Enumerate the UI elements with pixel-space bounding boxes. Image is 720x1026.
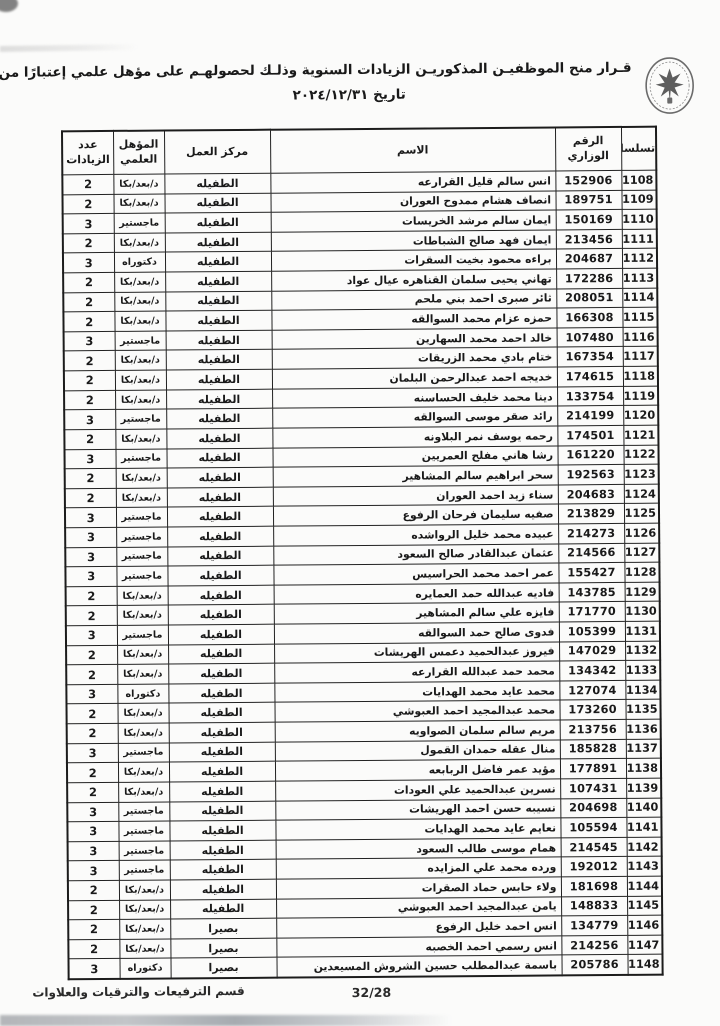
cell-qualification: ماجستير [118, 821, 169, 841]
cell-increases: 2 [63, 233, 114, 253]
cell-name: صفيه سليمان فرحان الرفوع [273, 504, 558, 526]
cell-name: نسرين عبدالحميد علي العودات [275, 779, 560, 801]
footer-department: قسم الترفيعات والترقيات والعلاوات [40, 984, 245, 1000]
cell-ministry-number: 152906 [555, 170, 621, 190]
cell-qualification: د/بعد/بكا [117, 645, 168, 665]
cell-ministry-number: 181698 [561, 876, 627, 896]
cell-serial: 1134 [625, 680, 660, 700]
cell-ministry-number: 204683 [558, 484, 624, 504]
cell-name: محمد حمد عبدالله القرارعه [274, 661, 559, 683]
cell-qualification: د/بعد/بكا [116, 468, 167, 488]
cell-ministry-number: 148833 [561, 896, 627, 916]
cell-increases: 3 [63, 253, 114, 273]
cell-qualification: ماجستير [115, 409, 166, 429]
header-increases-count: عدد الزيادات [62, 131, 113, 175]
cell-ministry-number: 205786 [561, 955, 627, 976]
cell-serial: 1137 [626, 739, 661, 759]
cell-qualification: ماجستير [119, 841, 170, 861]
cell-ministry-number: 107480 [557, 327, 623, 347]
cell-ministry-number: 161220 [557, 445, 623, 465]
cell-name: محمد عبدالمجيد احمد العبوشي [274, 700, 559, 722]
cell-work-center: الطفيله [166, 369, 272, 389]
cell-increases: 2 [66, 586, 117, 606]
cell-increases: 3 [63, 214, 114, 234]
cell-ministry-number: 166308 [556, 308, 622, 328]
cell-name: ثائر صبرى احمد بني ملحم [271, 289, 556, 311]
cell-ministry-number: 204698 [560, 798, 626, 818]
cell-work-center: الطفيله [168, 683, 274, 703]
cell-serial: 1112 [622, 249, 657, 269]
cell-ministry-number: 192012 [561, 857, 627, 877]
cell-work-center: بصيرا [170, 918, 276, 938]
cell-qualification: ماجستير [116, 547, 167, 567]
cell-qualification: ماجستير [115, 449, 166, 469]
cell-increases: 3 [65, 527, 116, 547]
cell-serial: 1146 [627, 915, 662, 935]
cell-ministry-number: 177891 [560, 759, 626, 779]
cell-work-center: الطفيله [166, 330, 272, 350]
cell-ministry-number: 173260 [559, 700, 625, 720]
cell-name: خالد احمد محمد السهارين [272, 328, 557, 350]
cell-name: عثمان عبدالقادر صالح السعود [273, 544, 558, 566]
cell-qualification: د/بعد/بكا [119, 900, 170, 920]
cell-increases: 2 [67, 763, 118, 783]
cell-qualification: د/بعد/بكا [116, 488, 167, 508]
cell-work-center: الطفيله [169, 781, 275, 801]
cell-serial: 1110 [622, 209, 657, 229]
cell-name: سناء زيد احمد العوران [273, 485, 558, 507]
cell-ministry-number: 174615 [557, 367, 623, 387]
cell-serial: 1108 [621, 170, 656, 190]
cell-serial: 1138 [626, 758, 661, 778]
cell-qualification: د/بعد/بكا [119, 919, 170, 939]
cell-increases: 2 [67, 782, 118, 802]
cell-qualification: د/بعد/بكا [117, 605, 168, 625]
cell-qualification: دكتوراه [117, 684, 168, 704]
cell-name: سحر ابراهيم سالم المشاهير [273, 465, 558, 487]
cell-name: فايزه علي سالم المشاهير [274, 602, 559, 624]
cell-qualification: د/بعد/بكا [114, 272, 165, 292]
cell-ministry-number: 147029 [559, 641, 625, 661]
cell-ministry-number: 185828 [560, 739, 626, 759]
cell-name: منال عقله حمدان القمول [275, 740, 560, 762]
cell-name: انس رسمي احمد الخصبه [276, 936, 561, 958]
cell-work-center: الطفيله [165, 232, 271, 252]
cell-ministry-number: 214199 [557, 406, 623, 426]
cell-serial: 1145 [627, 896, 662, 916]
cell-increases: 3 [67, 743, 118, 763]
cell-name: انصاف هشام ممدوح العوران [270, 191, 555, 213]
cell-ministry-number: 213829 [558, 504, 624, 524]
cell-name: عبيده محمد خليل الرواشده [273, 524, 558, 546]
cell-increases: 2 [66, 665, 117, 685]
cell-increases: 2 [63, 312, 114, 332]
employee-increase-table: تسلسل الرقم الوزاري الاسم مركز العمل الم… [61, 126, 664, 981]
cell-name: ولاء حابس حماد الصقرات [276, 877, 561, 899]
cell-serial: 1139 [626, 778, 661, 798]
cell-ministry-number: 155427 [558, 563, 624, 583]
cell-qualification: د/بعد/بكا [117, 664, 168, 684]
cell-qualification: د/بعد/بكا [114, 311, 165, 331]
cell-work-center: الطفيله [167, 546, 273, 566]
cell-name: عمر احمد محمد الحراسيس [273, 563, 558, 585]
cell-increases: 2 [66, 645, 117, 665]
cell-ministry-number: 107431 [560, 778, 626, 798]
cell-work-center: الطفيله [168, 703, 274, 723]
cell-qualification: د/بعد/بكا [119, 880, 170, 900]
cell-work-center: الطفيله [169, 801, 275, 821]
cell-ministry-number: 143785 [559, 582, 625, 602]
cell-increases: 2 [67, 723, 118, 743]
cell-increases: 2 [68, 900, 119, 920]
cell-ministry-number: 192563 [558, 465, 624, 485]
cell-name: همام موسى طالب السعود [276, 838, 561, 860]
cell-name: ايمان فهد صالح الشباطات [271, 230, 556, 252]
cell-work-center: الطفيله [165, 252, 271, 272]
cell-increases: 2 [63, 292, 114, 312]
cell-ministry-number: 134779 [561, 916, 627, 936]
cell-serial: 1143 [627, 856, 662, 876]
cell-qualification: د/بعد/بكا [114, 233, 165, 253]
cell-increases: 2 [63, 272, 114, 292]
table-header-row: تسلسل الرقم الوزاري الاسم مركز العمل الم… [62, 127, 656, 175]
cell-serial: 1119 [623, 386, 658, 406]
cell-serial: 1111 [622, 229, 657, 249]
cell-serial: 1115 [622, 307, 657, 327]
cell-serial: 1121 [623, 425, 658, 445]
cell-serial: 1133 [625, 660, 660, 680]
cell-qualification: ماجستير [117, 625, 168, 645]
cell-work-center: الطفيله [168, 605, 274, 625]
cell-name: فدوى صالح حمد السوالقه [274, 622, 559, 644]
cell-work-center: الطفيله [165, 291, 271, 311]
cell-increases: 2 [66, 704, 117, 724]
cell-ministry-number: 134342 [559, 661, 625, 681]
cell-work-center: بصيرا [170, 958, 276, 979]
cell-ministry-number: 213456 [556, 229, 622, 249]
cell-work-center: الطفيله [167, 487, 273, 507]
cell-ministry-number: 213756 [560, 719, 626, 739]
cell-serial: 1140 [626, 798, 661, 818]
cell-ministry-number: 133754 [557, 386, 623, 406]
cell-qualification: ماجستير [118, 743, 169, 763]
cell-qualification: ماجستير [115, 331, 166, 351]
cell-ministry-number: 214566 [558, 543, 624, 563]
cell-work-center: الطفيله [169, 761, 275, 781]
cell-work-center: الطفيله [166, 350, 272, 370]
scan-bottom-smudge-artifact [0, 1015, 452, 1026]
cell-work-center: الطفيله [169, 742, 275, 762]
cell-qualification: دكتوراه [114, 252, 165, 272]
footer-page-number: 32/28 [352, 985, 391, 1000]
cell-work-center: الطفيله [170, 899, 276, 919]
cell-ministry-number: 171770 [559, 602, 625, 622]
cell-name: رحمه يوسف نمر البلاونه [272, 426, 557, 448]
cell-serial: 1109 [621, 190, 656, 210]
cell-serial: 1136 [626, 719, 661, 739]
cell-increases: 2 [64, 390, 115, 410]
cell-serial: 1116 [623, 327, 658, 347]
cell-ministry-number: 208051 [556, 288, 622, 308]
cell-work-center: الطفيله [169, 722, 275, 742]
cell-name: حمزه عزام محمد السوالقه [271, 308, 556, 330]
cell-work-center: الطفيله [168, 624, 274, 644]
cell-ministry-number: 105399 [559, 621, 625, 641]
table-header: تسلسل الرقم الوزاري الاسم مركز العمل الم… [62, 127, 656, 175]
header-ministry-number: الرقم الوزاري [555, 127, 621, 171]
document-title: قـرار منح الموظفيـن المذكوريـن الزيادات … [66, 60, 631, 105]
cell-increases: 2 [68, 920, 119, 940]
cell-serial: 1130 [625, 602, 660, 622]
cell-ministry-number: 167354 [557, 347, 623, 367]
cell-increases: 3 [68, 841, 119, 861]
cell-increases: 3 [65, 547, 116, 567]
cell-ministry-number: 127074 [559, 680, 625, 700]
cell-qualification: د/بعد/بكا [115, 370, 166, 390]
cell-ministry-number: 214545 [561, 837, 627, 857]
cell-name: باسمة عبدالمطلب حسين الشروش المسيعدين [276, 955, 561, 977]
cell-name: ختام بادي محمد الزريقات [272, 347, 557, 369]
cell-work-center: الطفيله [170, 840, 276, 860]
cell-name: رشا هاني مفلح العمريين [272, 445, 557, 467]
cell-name: يامن عبدالمجيد احمد العبوشي [276, 896, 561, 918]
cell-name: براءه محمود بخيت السقرات [271, 249, 556, 271]
cell-ministry-number: 150169 [556, 210, 622, 230]
cell-qualification: ماجستير [119, 860, 170, 880]
cell-ministry-number: 204687 [556, 249, 622, 269]
header-work-center: مركز العمل [164, 130, 270, 174]
cell-work-center: الطفيله [168, 644, 274, 664]
cell-qualification: د/بعد/بكا [115, 351, 166, 371]
ministry-emblem-logo [643, 55, 695, 115]
cell-work-center: الطفيله [167, 565, 273, 585]
cell-name: فاديه عبدالله حمد العمايره [274, 583, 559, 605]
header-serial: تسلسل [621, 127, 656, 171]
cell-name: ورده محمد علي المزايده [276, 857, 561, 879]
cell-qualification: د/بعد/بكا [115, 390, 166, 410]
title-line-1: قـرار منح الموظفيـن المذكوريـن الزيادات … [66, 60, 631, 80]
cell-work-center: الطفيله [167, 507, 273, 527]
cell-serial: 1128 [624, 562, 659, 582]
cell-work-center: الطفيله [166, 448, 272, 468]
cell-ministry-number: 174501 [557, 425, 623, 445]
cell-qualification: ماجستير [116, 507, 167, 527]
cell-work-center: الطفيله [169, 820, 275, 840]
cell-increases: 3 [66, 684, 117, 704]
cell-increases: 3 [64, 410, 115, 430]
cell-increases: 2 [62, 194, 113, 214]
cell-serial: 1113 [622, 268, 657, 288]
cell-serial: 1124 [624, 484, 659, 504]
cell-qualification: د/بعد/بكا [113, 174, 164, 194]
cell-name: نعايم عايد محمد الهدايات [275, 818, 560, 840]
cell-work-center: الطفيله [166, 428, 272, 448]
cell-qualification: د/بعد/بكا [113, 194, 164, 214]
cell-work-center: الطفيله [165, 212, 271, 232]
cell-increases: 3 [64, 331, 115, 351]
cell-work-center: الطفيله [166, 389, 272, 409]
cell-serial: 1147 [627, 935, 662, 955]
cell-name: ايمان سالم مرشد الخريسات [271, 210, 556, 232]
cell-work-center: الطفيله [164, 193, 270, 213]
cell-name: انس احمد خليل الرفوع [276, 916, 561, 938]
cell-qualification: ماجستير [114, 213, 165, 233]
cell-ministry-number: 214256 [561, 935, 627, 955]
cell-increases: 2 [62, 174, 113, 194]
cell-serial: 1126 [624, 523, 659, 543]
cell-qualification: د/بعد/بكا [118, 723, 169, 743]
cell-increases: 3 [68, 861, 119, 881]
cell-name: دينا محمد خليف الحساسنه [272, 387, 557, 409]
table-body: 1108152906انس سالم قليل القرارعهالطفيلهد… [62, 170, 662, 979]
cell-qualification: د/بعد/بكا [115, 429, 166, 449]
cell-work-center: الطفيله [170, 879, 276, 899]
cell-increases: 3 [65, 508, 116, 528]
cell-increases: 3 [65, 567, 116, 587]
cell-serial: 1132 [625, 641, 660, 661]
title-line-2: تاريخ ٢٠٢٤/١٢/٣١ [67, 85, 632, 105]
cell-ministry-number: 172286 [556, 268, 622, 288]
cell-ministry-number: 214273 [558, 523, 624, 543]
cell-name: مؤيد عمر فاضل الربابعه [275, 759, 560, 781]
cell-increases: 3 [67, 822, 118, 842]
cell-qualification: ماجستير [116, 527, 167, 547]
cell-increases: 3 [68, 959, 119, 980]
cell-name: تهاني يحيى سلمان القناهره عيال عواد [271, 269, 556, 291]
cell-qualification: د/بعد/بكا [114, 292, 165, 312]
cell-serial: 1125 [624, 504, 659, 524]
cell-work-center: الطفيله [168, 585, 274, 605]
cell-serial: 1129 [625, 582, 660, 602]
cell-serial: 1123 [624, 464, 659, 484]
cell-work-center: الطفيله [168, 663, 274, 683]
cell-work-center: الطفيله [164, 173, 270, 193]
cell-serial: 1135 [625, 700, 660, 720]
cell-serial: 1142 [627, 837, 662, 857]
cell-serial: 1122 [623, 445, 658, 465]
cell-serial: 1120 [623, 405, 658, 425]
cell-name: فيروز عبدالحميد دعمس الهريشات [274, 642, 559, 664]
cell-increases: 3 [67, 802, 118, 822]
cell-ministry-number: 189751 [555, 190, 621, 210]
cell-qualification: ماجستير [118, 802, 169, 822]
cell-serial: 1127 [624, 543, 659, 563]
cell-work-center: الطفيله [167, 467, 273, 487]
cell-serial: 1118 [623, 366, 658, 386]
cell-increases: 2 [64, 371, 115, 391]
cell-increases: 3 [64, 449, 115, 469]
cell-serial: 1148 [627, 955, 662, 975]
header-name: الاسم [270, 127, 555, 173]
cell-work-center: بصيرا [170, 938, 276, 958]
cell-work-center: الطفيله [170, 860, 276, 880]
cell-name: خديجه احمد عبدالرحمن البلمان [272, 367, 557, 389]
cell-work-center: الطفيله [165, 271, 271, 291]
cell-increases: 2 [68, 939, 119, 959]
table-row: 1148205786باسمة عبدالمطلب حسين الشروش ال… [68, 955, 662, 980]
cell-work-center: الطفيله [167, 526, 273, 546]
cell-increases: 2 [65, 469, 116, 489]
cell-name: محمد عايد محمد الهدايات [274, 681, 559, 703]
cell-name: رائد صقر موسى السوالقه [272, 406, 557, 428]
cell-serial: 1131 [625, 621, 660, 641]
cell-increases: 2 [65, 488, 116, 508]
cell-serial: 1144 [627, 876, 662, 896]
cell-qualification: دكتوراه [119, 958, 170, 979]
header-qualification: المؤهل العلمي [113, 131, 164, 175]
cell-increases: 2 [66, 606, 117, 626]
cell-qualification: ماجستير [116, 566, 167, 586]
cell-qualification: د/بعد/بكا [119, 939, 170, 959]
cell-qualification: د/بعد/بكا [118, 782, 169, 802]
cell-work-center: الطفيله [165, 310, 271, 330]
cell-name: مريم سالم سلمان الصواويه [275, 720, 560, 742]
cell-increases: 2 [68, 880, 119, 900]
cell-serial: 1117 [623, 347, 658, 367]
cell-work-center: الطفيله [166, 408, 272, 428]
cell-increases: 2 [64, 351, 115, 371]
cell-serial: 1114 [622, 288, 657, 308]
cell-name: نسيبه حسن احمد الهريشات [275, 798, 560, 820]
cell-qualification: د/بعد/بكا [118, 762, 169, 782]
cell-qualification: د/بعد/بكا [117, 703, 168, 723]
cell-increases: 3 [66, 625, 117, 645]
cell-serial: 1141 [626, 817, 661, 837]
cell-name: انس سالم قليل القرارعه [270, 171, 555, 193]
scanned-page: قـرار منح الموظفيـن المذكوريـن الزيادات … [0, 0, 720, 1026]
cell-increases: 2 [64, 429, 115, 449]
cell-qualification: د/بعد/بكا [117, 586, 168, 606]
cell-ministry-number: 105594 [560, 818, 626, 838]
